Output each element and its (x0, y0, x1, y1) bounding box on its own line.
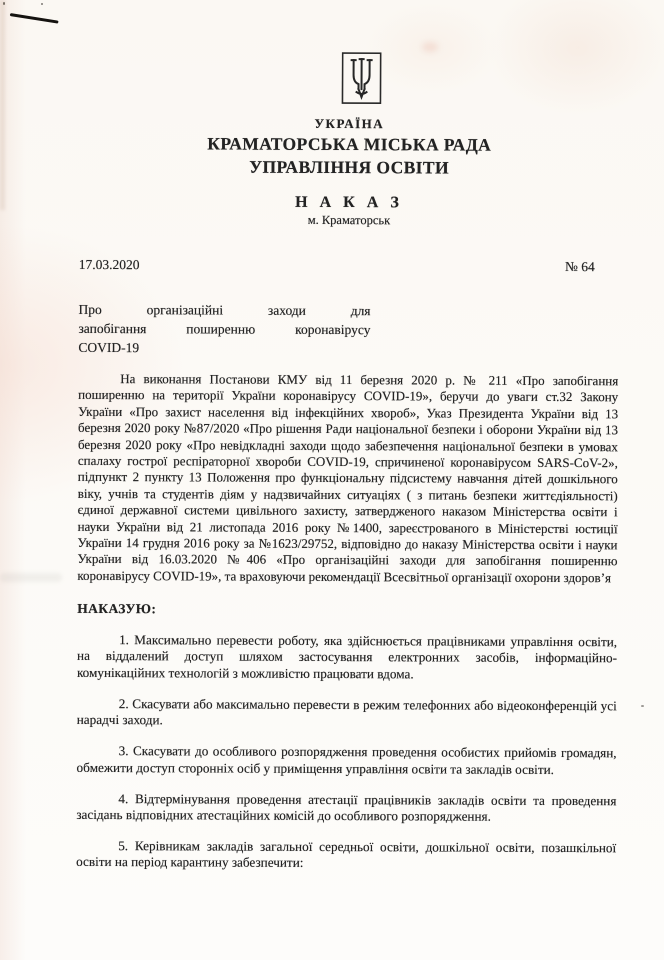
document-subject: Про організаційні заходи для запобігання… (78, 300, 370, 358)
ukraine-trident-icon (341, 52, 381, 109)
document-type-title: Н А К А З (79, 193, 619, 213)
order-document: УКРАЇНА КРАМАТОРСЬКА МІСЬКА РАДА УПРАВЛІ… (0, 0, 664, 873)
document-date: 17.03.2020 (79, 257, 140, 273)
council-title: КРАМАТОРСЬКА МІСЬКА РАДА (79, 133, 619, 156)
order-item-2: 2. Скасувати або максимально перевести в… (77, 696, 617, 731)
department-title: УПРАВЛІННЯ ОСВІТИ (79, 156, 619, 179)
order-item-3: 3. Скасувати до особливого розпорядження… (77, 743, 617, 778)
subject-line: Про організаційні заходи для (79, 300, 371, 320)
subject-line: COVID-19 (78, 338, 370, 358)
scanned-document-page: УКРАЇНА КРАМАТОРСЬКА МІСЬКА РАДА УПРАВЛІ… (0, 0, 664, 960)
subject-line: запобігання поширенню коронавірусу (78, 319, 370, 339)
order-heading: НАКАЗУЮ: (77, 601, 617, 619)
emblem-container (79, 51, 619, 110)
document-number: № 64 (565, 259, 595, 275)
preamble-paragraph: На виконання Постанови КМУ від 11 березн… (77, 371, 618, 587)
meta-row: 17.03.2020 № 64 (79, 257, 619, 275)
order-item-4: 4. Відтермінування проведення атестації … (76, 791, 616, 826)
country-title: УКРАЇНА (79, 115, 619, 133)
order-item-5: 5. Керівникам закладів загальної середнь… (76, 838, 616, 873)
order-item-1: 1. Максимально перевести роботу, яка зді… (77, 632, 617, 683)
city-label: м. Краматорськ (79, 212, 619, 229)
